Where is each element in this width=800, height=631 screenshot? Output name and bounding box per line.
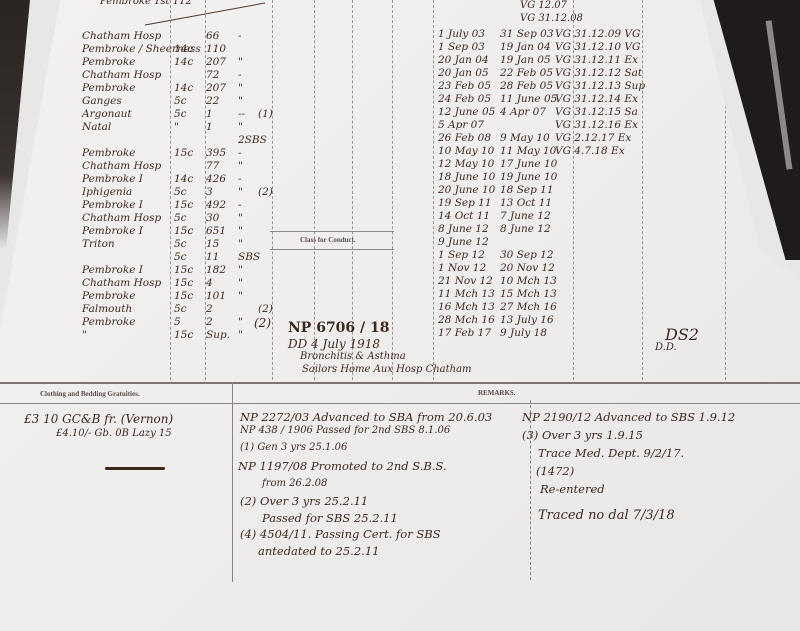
character-entry: VG 31.12.12 Sat (555, 67, 645, 80)
remark-right-4: (1472) (536, 464, 574, 478)
character-column: VG 31.12.09 VG VG 31.12.10 VG VG 31.12.1… (555, 28, 645, 158)
number-entry: 492 (206, 199, 230, 212)
to-date: 9 May 10 (500, 132, 557, 145)
from-date: 11 Mch 13 (438, 288, 495, 301)
number-entry: 15 (206, 238, 230, 251)
from-date: 1 Nov 12 (438, 262, 495, 275)
character-entry: VG 31.12.16 Ex (555, 119, 645, 132)
number-entry: 101 (206, 290, 230, 303)
note-entry (258, 173, 273, 186)
note-entry (258, 95, 273, 108)
conduct-header-bottom (270, 249, 394, 250)
character-entry: VG 31.12.10 VG (555, 41, 645, 54)
number-entry: 2 (206, 303, 230, 316)
annotation-2: (2) (254, 316, 271, 330)
note-entry: (2) (258, 303, 273, 316)
col-divider-far-right (725, 0, 726, 380)
from-date: 26 Feb 08 (438, 132, 495, 145)
number-entry: 72 (206, 69, 230, 82)
character-top-2: VG 31.12.08 (520, 13, 583, 24)
discharge-hospital: Sailors Home Aux Hosp Chatham (302, 364, 472, 375)
clothing-line-2: £4.10/- Gb. 0B Lazy 15 (56, 428, 172, 439)
number-entry: 30 (206, 212, 230, 225)
to-date: 7 June 12 (500, 210, 557, 223)
from-date: 1 Sep 12 (438, 249, 495, 262)
rating-entry: 5 (174, 316, 193, 329)
number-entry: 110 (206, 43, 230, 56)
number-entry: 1 (206, 108, 230, 121)
number-entry: 426 (206, 173, 230, 186)
from-date: 28 Mch 16 (438, 314, 495, 327)
from-date: 10 May 10 (438, 145, 495, 158)
note-entry: (1) (258, 108, 273, 121)
number-entry: 4 (206, 277, 230, 290)
to-date: 9 July 18 (500, 327, 557, 340)
clothing-bedding-header: Clothing and Bedding Gratuities. (40, 390, 140, 398)
note-entry (258, 199, 273, 212)
remark-left-4: NP 1197/08 Promoted to 2nd S.B.S. (238, 459, 447, 473)
from-date: 19 Sep 11 (438, 197, 495, 210)
note-entry (258, 134, 273, 147)
col-divider-conduct-right (392, 0, 393, 380)
to-date: 20 Nov 12 (500, 262, 557, 275)
to-date: 18 Sep 11 (500, 184, 557, 197)
number-column: 66 110 207 72 207 22 1 1 395 77 426 3 49… (206, 30, 230, 342)
rating-entry: 14c (174, 173, 193, 186)
from-date: 24 Feb 05 (438, 93, 495, 106)
to-date: 13 July 16 (500, 314, 557, 327)
rating-entry (174, 160, 193, 173)
section-divider (0, 382, 800, 384)
number-entry: 207 (206, 56, 230, 69)
rating-entry: 15c (174, 264, 193, 277)
remark-right-6: Traced no dal 7/3/18 (538, 508, 675, 523)
remark-right-5: Re-entered (540, 482, 605, 496)
note-entry (258, 160, 273, 173)
discharge-abbrev: D.D. (655, 342, 677, 353)
note-entry (258, 56, 273, 69)
header-underline (0, 403, 800, 404)
note-entry (258, 82, 273, 95)
character-entry: VG 31.12.09 VG (555, 28, 645, 41)
from-date: 20 June 10 (438, 184, 495, 197)
rating-entry: 15c (174, 225, 193, 238)
from-date: 9 June 12 (438, 236, 495, 249)
from-date: 20 Jan 05 (438, 67, 495, 80)
to-date: 11 May 10 (500, 145, 557, 158)
remark-left-2: NP 438 / 1906 Passed for 2nd SBS 8.1.06 (240, 425, 450, 436)
rating-entry: " (174, 121, 193, 134)
from-date: 18 June 10 (438, 171, 495, 184)
remark-left-9: antedated to 25.2.11 (258, 544, 379, 558)
character-entry: VG 31.12.14 Ex (555, 93, 645, 106)
number-entry: 207 (206, 82, 230, 95)
character-top-1: VG 12.07 (520, 0, 567, 11)
number-entry: 651 (206, 225, 230, 238)
clothing-remarks-divider (232, 382, 233, 582)
rating-column: 14c 14c 14c 5c 5c " 15c 14c 5c 15c 5c 15… (174, 30, 193, 342)
to-date: 15 Mch 13 (500, 288, 557, 301)
from-date: 12 June 05 (438, 106, 495, 119)
character-entry: VG 4.7.18 Ex (555, 145, 645, 158)
from-date: 12 May 10 (438, 158, 495, 171)
number-entry: 1 (206, 121, 230, 134)
rating-entry (174, 134, 193, 147)
number-entry (206, 134, 230, 147)
from-date: 21 Nov 12 (438, 275, 495, 288)
from-date: 23 Feb 05 (438, 80, 495, 93)
rating-entry: 5c (174, 303, 193, 316)
remark-left-5: from 26.2.08 (262, 478, 327, 489)
rating-entry: 15c (174, 290, 193, 303)
note-entry (258, 251, 273, 264)
from-date: 14 Oct 11 (438, 210, 495, 223)
remarks-mid-divider (530, 400, 531, 580)
number-entry: 22 (206, 95, 230, 108)
note-entry (258, 329, 273, 342)
note-entry (258, 238, 273, 251)
remark-left-3: (1) Gen 3 yrs 25.1.06 (240, 442, 347, 453)
remark-right-1: NP 2190/12 Advanced to SBS 1.9.12 (522, 410, 735, 424)
to-date: 11 June 05 (500, 93, 557, 106)
to-date: 19 Jan 05 (500, 54, 557, 67)
number-entry: 66 (206, 30, 230, 43)
remark-left-1: NP 2272/03 Advanced to SBA from 20.6.03 (240, 410, 492, 424)
note-entry (258, 277, 273, 290)
character-entry: VG 31.12.15 Sa (555, 106, 645, 119)
to-date (500, 119, 557, 132)
note-entry: (2) (258, 186, 273, 199)
to-date: 19 Jan 04 (500, 41, 557, 54)
to-date: 10 Mch 13 (500, 275, 557, 288)
from-date: 1 July 03 (438, 28, 495, 41)
number-entry: 11 (206, 251, 230, 264)
number-entry: 182 (206, 264, 230, 277)
note-entry (258, 264, 273, 277)
rating-entry (174, 69, 193, 82)
to-date: 4 Apr 07 (500, 106, 557, 119)
remark-right-2: (3) Over 3 yrs 1.9.15 (522, 428, 643, 442)
rating-entry: 14c (174, 43, 193, 56)
note-column: (1) (2) (2) (258, 30, 273, 342)
record-sheet: Class for Conduct. Clothing and Bedding … (0, 0, 800, 631)
number-entry: 2 (206, 316, 230, 329)
rating-entry: 5c (174, 186, 193, 199)
rating-entry: 15c (174, 329, 193, 342)
note-entry (258, 69, 273, 82)
to-date-column: 31 Sep 03 19 Jan 04 19 Jan 05 22 Feb 05 … (500, 28, 557, 340)
from-date: 1 Sep 03 (438, 41, 495, 54)
character-entry: VG 31.12.11 Ex (555, 54, 645, 67)
to-date: 19 June 10 (500, 171, 557, 184)
col-divider-periods (433, 0, 434, 380)
note-entry (258, 225, 273, 238)
note-entry (258, 147, 273, 160)
discharge-np-number: NP 6706 / 18 (288, 320, 390, 336)
rating-entry: 15c (174, 199, 193, 212)
to-date: 17 June 10 (500, 158, 557, 171)
number-entry: 3 (206, 186, 230, 199)
rating-entry: 5c (174, 95, 193, 108)
clothing-line-1: £3 10 GC&B fr. (Vernon) (24, 412, 173, 426)
from-date: 17 Feb 17 (438, 327, 495, 340)
rating-entry: 15c (174, 277, 193, 290)
conduct-header-top (270, 231, 394, 232)
note-entry (258, 30, 273, 43)
note-entry (258, 290, 273, 303)
to-date: 28 Feb 05 (500, 80, 557, 93)
class-for-conduct-header: Class for Conduct. (300, 236, 356, 244)
to-date: 30 Sep 12 (500, 249, 557, 262)
rating-entry: 5c (174, 238, 193, 251)
from-date-column: 1 July 03 1 Sep 03 20 Jan 04 20 Jan 05 2… (438, 28, 495, 340)
number-entry: 395 (206, 147, 230, 160)
note-entry (258, 121, 273, 134)
from-date: 16 Mch 13 (438, 301, 495, 314)
remark-right-3: Trace Med. Dept. 9/2/17. (538, 446, 684, 460)
to-date: 22 Feb 05 (500, 67, 557, 80)
rating-entry (174, 30, 193, 43)
to-date: 13 Oct 11 (500, 197, 557, 210)
rating-entry: 14c (174, 56, 193, 69)
to-date (500, 236, 557, 249)
note-entry (258, 43, 273, 56)
discharge-cause: Bronchitis & Asthma (300, 351, 406, 362)
rating-entry: 15c (174, 147, 193, 160)
to-date: 31 Sep 03 (500, 28, 557, 41)
rating-entry: 14c (174, 82, 193, 95)
discharge-date: DD 4 July 1918 (288, 337, 380, 351)
from-date: 8 June 12 (438, 223, 495, 236)
from-date: 20 Jan 04 (438, 54, 495, 67)
clothing-dash-mark (105, 455, 165, 474)
from-date: 5 Apr 07 (438, 119, 495, 132)
character-entry: VG 2.12.17 Ex (555, 132, 645, 145)
remarks-header: REMARKS. (478, 389, 516, 397)
to-date: 8 June 12 (500, 223, 557, 236)
note-entry (258, 212, 273, 225)
remark-left-8: (4) 4504/11. Passing Cert. for SBS (240, 527, 441, 541)
rating-entry: 5c (174, 251, 193, 264)
character-entry: VG 31.12.13 Sup (555, 80, 645, 93)
number-entry: Sup. (206, 329, 230, 342)
remark-left-6: (2) Over 3 yrs 25.2.11 (240, 494, 368, 508)
rating-entry: 5c (174, 212, 193, 225)
flourish-line (140, 0, 270, 30)
rating-entry: 5c (174, 108, 193, 121)
remark-left-7: Passed for SBS 25.2.11 (262, 511, 398, 525)
to-date: 27 Mch 16 (500, 301, 557, 314)
number-entry: 77 (206, 160, 230, 173)
